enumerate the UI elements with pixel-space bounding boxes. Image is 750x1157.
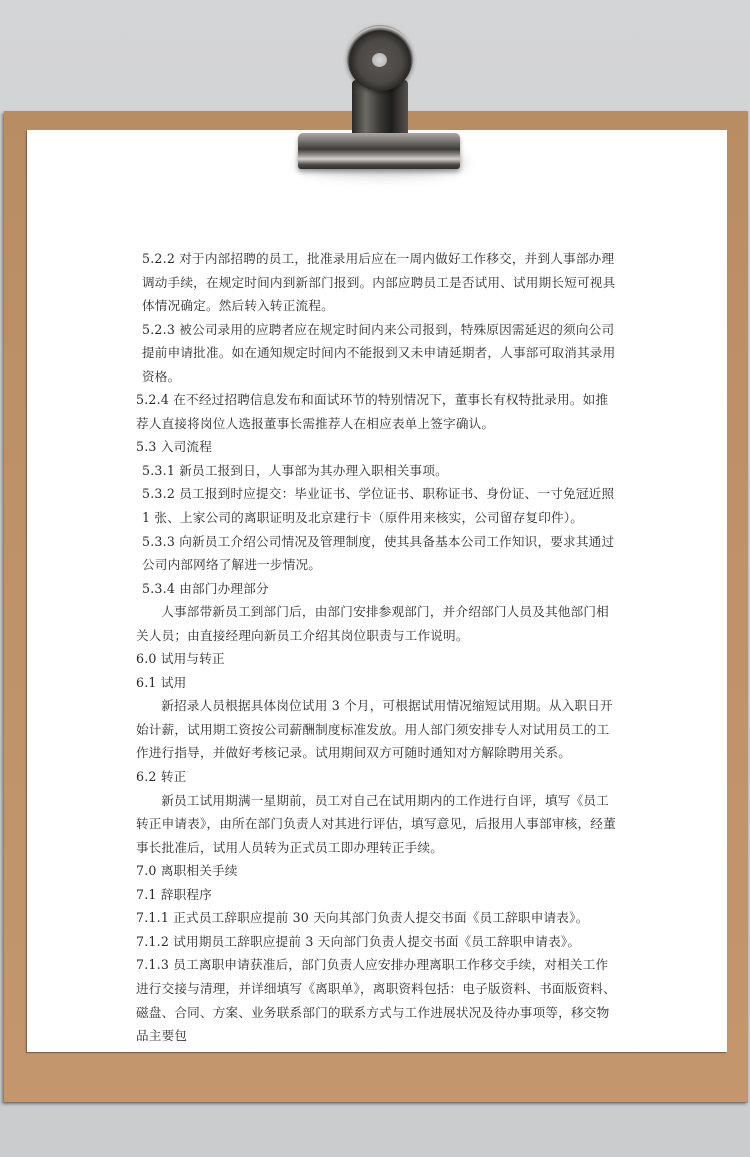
paragraph-department-intro: 人事部带新员工到部门后，由部门安排参观部门，并介绍部门人员及其他部门相关人员；由… [136, 600, 616, 647]
heading-7-0: 7.0 离职相关手续 [136, 859, 616, 883]
heading-6-2: 6.2 转正 [136, 765, 616, 789]
heading-6-0: 6.0 试用与转正 [136, 647, 616, 671]
heading-5-3: 5.3 入司流程 [136, 435, 616, 459]
paragraph-5-2-4: 5.2.4 在不经过招聘信息发布和面试环节的特别情况下，董事长有权特批录用。如推… [136, 388, 616, 435]
heading-6-1: 6.1 试用 [136, 671, 616, 695]
paragraph-regularization: 新员工试用期满一星期前，员工对自己在试用期内的工作进行自评，填写《员工转正申请表… [136, 789, 616, 860]
clip-hole [372, 53, 387, 67]
heading-5-3-4: 5.3.4 由部门办理部分 [136, 577, 616, 601]
heading-7-1: 7.1 辞职程序 [136, 883, 616, 907]
paragraph-7-1-2: 7.1.2 试用期员工辞职应提前 3 天向部门负责人提交书面《员工辞职申请表》。 [136, 930, 616, 954]
paragraph-5-3-3: 5.3.3 向新员工介绍公司情况及管理制度，使其具备基本公司工作知识，要求其通过… [136, 530, 616, 577]
document-body: 5.2.2 对于内部招聘的员工，批准录用后应在一周内做好工作移交，并到人事部办理… [136, 247, 616, 1048]
paragraph-7-1-1: 7.1.1 正式员工辞职应提前 30 天向其部门负责人提交书面《员工辞职申请表》… [136, 906, 616, 930]
paragraph-5-2-3: 5.2.3 被公司录用的应聘者应在规定时间内来公司报到，特殊原因需延迟的须向公司… [136, 318, 616, 389]
paragraph-5-3-2: 5.3.2 员工报到时应提交：毕业证书、学位证书、职称证书、身份证、一寸免冠近照… [136, 482, 616, 529]
binder-clip-icon [298, 133, 460, 169]
paragraph-5-3-1: 5.3.1 新员工报到日，人事部为其办理入职相关事项。 [136, 459, 616, 483]
paragraph-5-2-2: 5.2.2 对于内部招聘的员工，批准录用后应在一周内做好工作移交，并到人事部办理… [136, 247, 616, 318]
paragraph-probation: 新招录人员根据具体岗位试用 3 个月，可根据试用情况缩短试用期。从入职日开始计薪… [136, 694, 616, 765]
paragraph-7-1-3: 7.1.3 员工离职申请获准后，部门负责人应安排办理离职工作移交手续，对相关工作… [136, 953, 616, 1047]
